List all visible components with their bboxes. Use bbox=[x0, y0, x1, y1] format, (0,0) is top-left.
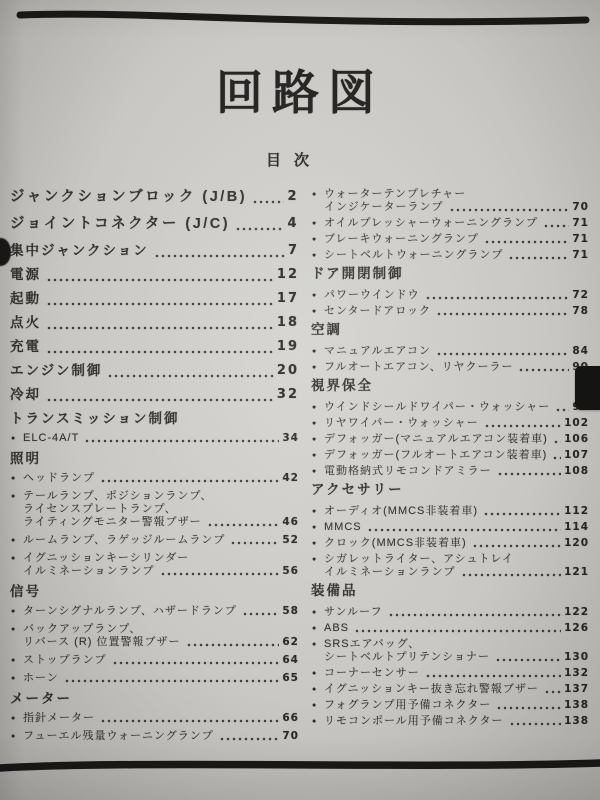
toc-entry-label: ターンシグナルランプ、ハザードランプ bbox=[23, 605, 237, 618]
dot-leader bbox=[555, 408, 569, 412]
dot-leader bbox=[207, 523, 280, 527]
toc-entry-label: フューエル残量ウォーニングランプ bbox=[23, 730, 214, 743]
page-number: 78 bbox=[572, 305, 589, 318]
page-number: 58 bbox=[282, 605, 299, 618]
page-number: 12 bbox=[277, 266, 299, 284]
page-number: 72 bbox=[572, 289, 589, 302]
page-number: 52 bbox=[282, 534, 299, 547]
dot-leader bbox=[100, 719, 279, 723]
page-number: 138 bbox=[564, 715, 589, 728]
toc-entry-line: パワーウインドウ72 bbox=[324, 289, 589, 302]
toc-section-header: 装備品 bbox=[311, 582, 589, 600]
toc-entry: ●リモコンポール用予備コネクター138 bbox=[311, 715, 589, 728]
bullet-icon: ● bbox=[312, 251, 317, 261]
toc-entry-line: ヘッドランプ42 bbox=[23, 472, 299, 485]
bullet-icon: ● bbox=[312, 523, 317, 533]
toc-entry-label: サンルーフ bbox=[324, 606, 383, 619]
toc-entry-line: MMCS114 bbox=[324, 521, 589, 534]
toc-entry: ジャンクションブロック (J/B)2 bbox=[10, 188, 299, 206]
dot-leader bbox=[508, 256, 569, 260]
toc-section-header: 視界保全 bbox=[311, 377, 589, 395]
toc-column-right: ●ウォーターテンプレチャーインジケーターランプ70●オイルプレッシャーウォーニン… bbox=[311, 188, 589, 731]
dot-leader bbox=[495, 658, 561, 662]
toc-entry-line: デフォッガー(マニュアルエアコン装着車)106 bbox=[324, 433, 589, 446]
bullet-icon: ● bbox=[11, 656, 16, 666]
dot-leader bbox=[472, 544, 561, 548]
page-number: 106 bbox=[564, 433, 589, 446]
dot-leader bbox=[518, 368, 569, 372]
dot-leader bbox=[543, 224, 569, 228]
dot-leader bbox=[84, 439, 279, 443]
page-number: 84 bbox=[572, 345, 589, 358]
bullet-icon: ● bbox=[11, 607, 16, 617]
toc-section-header: メーター bbox=[10, 690, 299, 708]
toc-entry-label: マニュアルエアコン bbox=[324, 345, 431, 358]
toc-entry: ●デフォッガー(マニュアルエアコン装着車)106 bbox=[311, 433, 589, 446]
bullet-icon: ● bbox=[312, 717, 317, 727]
toc-entry-label: ルームランプ、ラゲッジルームランプ bbox=[23, 534, 225, 547]
book-page-photo: 回路図 目次 ジャンクションブロック (J/B)2ジョイントコネクター (J/C… bbox=[0, 0, 600, 800]
toc-entry-label: デフォッガー(フルオートエアコン装着車) bbox=[324, 449, 547, 462]
page-number: 18 bbox=[277, 314, 299, 332]
dot-leader bbox=[242, 612, 280, 616]
toc-entry-line: シガレットライター、アシュトレイ bbox=[324, 553, 589, 566]
page-number: 120 bbox=[564, 537, 589, 550]
toc-entry: ●SRSエアバッグ、シートベルトプリテンショナー130 bbox=[311, 638, 589, 664]
toc-entry-label: デフォッガー(マニュアルエアコン装着車) bbox=[324, 433, 548, 446]
toc-entry-line: バックアップランプ、 bbox=[23, 623, 299, 636]
toc-entry: ●ウインドシールドワイパー・ウォッシャー98 bbox=[311, 401, 589, 414]
toc-entry-label: ジャンクションブロック (J/B) bbox=[10, 188, 247, 206]
page-number: 107 bbox=[564, 449, 589, 462]
toc-entry-label: イルミネーションランプ bbox=[324, 566, 456, 579]
toc-entry-line: ホーン65 bbox=[23, 672, 299, 685]
dot-leader bbox=[497, 472, 561, 476]
toc-entry-label: コーナーセンサー bbox=[324, 667, 420, 680]
toc-entry-label: オイルプレッシャーウォーニングランプ bbox=[324, 217, 538, 230]
toc-entry-line: コーナーセンサー132 bbox=[324, 667, 589, 680]
bullet-icon: ● bbox=[11, 492, 16, 502]
toc-entry: ●クロック(MMCS非装着車)120 bbox=[311, 537, 589, 550]
toc-entry-line: ライティングモニター警報ブザー46 bbox=[23, 516, 299, 529]
dot-leader bbox=[484, 240, 569, 244]
toc-entry-line: ABS126 bbox=[324, 622, 589, 635]
dot-leader bbox=[388, 613, 561, 617]
toc-entry-label: イルミネーションランプ bbox=[23, 565, 155, 578]
dot-leader bbox=[219, 737, 280, 741]
toc-entry-line: 冷却32 bbox=[10, 386, 299, 404]
toc-entry-label: 点火 bbox=[10, 314, 41, 332]
toc-entry: ●ABS126 bbox=[311, 622, 589, 635]
toc-entry-line: サンルーフ122 bbox=[324, 606, 589, 619]
dot-leader bbox=[484, 424, 562, 428]
bullet-icon: ● bbox=[312, 451, 317, 461]
toc-entry-line: フューエル残量ウォーニングランプ70 bbox=[23, 730, 299, 743]
toc-entry: ジョイントコネクター (J/C)4 bbox=[10, 215, 299, 233]
toc-entry: ●オイルプレッシャーウォーニングランプ71 bbox=[311, 217, 589, 230]
bullet-icon: ● bbox=[312, 555, 317, 565]
page-number: 112 bbox=[564, 505, 589, 518]
dot-leader bbox=[46, 278, 274, 282]
toc-entry: ●ヘッドランプ42 bbox=[10, 472, 299, 485]
page-number: 46 bbox=[282, 516, 299, 529]
toc-entry-line: ターンシグナルランプ、ハザードランプ58 bbox=[23, 605, 299, 618]
bullet-icon: ● bbox=[312, 539, 317, 549]
dot-leader bbox=[436, 312, 569, 316]
bullet-icon: ● bbox=[11, 554, 16, 564]
page-number: 32 bbox=[277, 386, 299, 404]
toc-entry-line: フォグランプ用予備コネクター138 bbox=[324, 699, 589, 712]
toc-entry-line: シートベルトウォーニングランプ71 bbox=[324, 249, 589, 262]
bullet-icon: ● bbox=[312, 363, 317, 373]
toc-entry-line: イグニッションキー抜き忘れ警報ブザー137 bbox=[324, 683, 589, 696]
page-number: 7 bbox=[288, 242, 299, 260]
bullet-icon: ● bbox=[312, 435, 317, 445]
page-number: 122 bbox=[564, 606, 589, 619]
section-index-tab bbox=[575, 366, 600, 410]
toc-entry: ●シガレットライター、アシュトレイイルミネーションランプ121 bbox=[311, 553, 589, 579]
bottom-rule bbox=[0, 748, 600, 784]
toc-entry-label: ストップランプ bbox=[23, 654, 107, 667]
toc-entry-line: デフォッガー(フルオートエアコン装着車)107 bbox=[324, 449, 589, 462]
bullet-icon: ● bbox=[312, 640, 317, 650]
page-number: 71 bbox=[572, 249, 589, 262]
toc-entry-line: ジョイントコネクター (J/C)4 bbox=[10, 215, 299, 233]
toc-entry: ●ブレーキウォーニングランプ71 bbox=[311, 233, 589, 246]
bullet-icon: ● bbox=[11, 674, 16, 684]
toc-entry-line: イグニッションキーシリンダー bbox=[23, 552, 299, 565]
toc-entry: ●デフォッガー(フルオートエアコン装着車)107 bbox=[311, 449, 589, 462]
page-number: 17 bbox=[277, 290, 299, 308]
dot-leader bbox=[354, 629, 561, 633]
toc-entry: ●フルオートエアコン、リヤクーラー90 bbox=[311, 361, 589, 374]
page-number: 132 bbox=[564, 667, 589, 680]
toc-entry-label: 指針メーター bbox=[23, 712, 95, 725]
toc-entry: ●マニュアルエアコン84 bbox=[311, 345, 589, 358]
toc-entry-line: ELC-4A/T34 bbox=[23, 432, 299, 445]
bullet-icon: ● bbox=[312, 624, 317, 634]
page-number: 4 bbox=[287, 215, 299, 233]
toc-entry-label: ジョイントコネクター (J/C) bbox=[10, 215, 230, 233]
toc-section-header: トランスミッション制御 bbox=[10, 410, 299, 428]
page-number: 70 bbox=[572, 201, 589, 214]
toc-entry: ●指針メーター66 bbox=[10, 712, 299, 725]
bullet-icon: ● bbox=[312, 507, 317, 517]
toc-entry-label: エンジン制御 bbox=[10, 362, 102, 380]
dot-leader bbox=[483, 512, 561, 516]
toc-entry-line: 点火18 bbox=[10, 314, 299, 332]
dot-leader bbox=[46, 350, 274, 354]
dot-leader bbox=[436, 352, 569, 356]
toc-section-header: ドア開閉制御 bbox=[311, 265, 589, 283]
toc-entry: ●ELC-4A/T34 bbox=[10, 432, 299, 445]
toc-entry-line: テールランプ、ポジションランプ、 bbox=[23, 490, 299, 503]
toc-entry-line: ライセンスプレートランプ、 bbox=[23, 503, 299, 516]
page-number: 70 bbox=[282, 730, 299, 743]
toc-entry-label: 冷却 bbox=[10, 386, 41, 404]
toc-column-left: ジャンクションブロック (J/B)2ジョイントコネクター (J/C)4集中ジャン… bbox=[10, 188, 299, 748]
page-title: 回路図 bbox=[0, 56, 600, 123]
toc-entry-line: シートベルトプリテンショナー130 bbox=[324, 651, 589, 664]
dot-leader bbox=[449, 208, 570, 212]
toc-entry-line: イルミネーションランプ121 bbox=[324, 566, 589, 579]
toc-entry-line: 電源12 bbox=[10, 266, 299, 284]
toc-entry-label: ウインドシールドワイパー・ウォッシャー bbox=[324, 401, 550, 414]
page-number: 102 bbox=[564, 417, 589, 430]
toc-entry-line: エンジン制御20 bbox=[10, 362, 299, 380]
toc-entry-label: 電源 bbox=[10, 266, 41, 284]
page-number: 71 bbox=[572, 217, 589, 230]
toc-entry: 点火18 bbox=[10, 314, 299, 332]
toc-entry-label: リヤワイパー・ウォッシャー bbox=[324, 417, 479, 430]
toc-entry-label: フルオートエアコン、リヤクーラー bbox=[324, 361, 513, 374]
dot-leader bbox=[553, 440, 561, 444]
toc-entry: ●オーディオ(MMCS非装着車)112 bbox=[311, 505, 589, 518]
toc-entry: ●ルームランプ、ラゲッジルームランプ52 bbox=[10, 534, 299, 547]
page-number: 65 bbox=[282, 672, 299, 685]
toc-entry-label: インジケーターランプ bbox=[324, 201, 444, 214]
bullet-icon: ● bbox=[11, 474, 16, 484]
toc-entry-line: オイルプレッシャーウォーニングランプ71 bbox=[324, 217, 589, 230]
bullet-icon: ● bbox=[312, 701, 317, 711]
toc-entry-label: クロック(MMCS非装着車) bbox=[324, 537, 467, 550]
toc-entry: ●ウォーターテンプレチャーインジケーターランプ70 bbox=[311, 188, 589, 214]
page-number: 66 bbox=[282, 712, 299, 725]
toc-entry-label: 電動格納式リモコンドアミラー bbox=[324, 465, 492, 478]
bullet-icon: ● bbox=[312, 235, 317, 245]
page-number: 138 bbox=[564, 699, 589, 712]
toc-entry-label: パワーウインドウ bbox=[324, 289, 420, 302]
page-number: 121 bbox=[564, 566, 589, 579]
dot-leader bbox=[64, 679, 280, 683]
bullet-icon: ● bbox=[11, 625, 16, 635]
toc-entry-line: イルミネーションランプ56 bbox=[23, 565, 299, 578]
page-number: 42 bbox=[282, 472, 299, 485]
toc-entry: エンジン制御20 bbox=[10, 362, 299, 380]
bullet-icon: ● bbox=[11, 732, 16, 742]
toc-entry-label: 充電 bbox=[10, 338, 41, 356]
toc-entry-line: フルオートエアコン、リヤクーラー90 bbox=[324, 361, 589, 374]
dot-leader bbox=[544, 690, 561, 694]
toc-entry: ●ターンシグナルランプ、ハザードランプ58 bbox=[10, 605, 299, 618]
page-number: 19 bbox=[277, 338, 299, 356]
bullet-icon: ● bbox=[11, 434, 16, 444]
toc-entry-line: リバース (R) 位置警報ブザー62 bbox=[23, 636, 299, 649]
toc-entry: ●ストップランプ64 bbox=[10, 654, 299, 667]
toc-entry-line: オーディオ(MMCS非装着車)112 bbox=[324, 505, 589, 518]
toc-entry-label: ライティングモニター警報ブザー bbox=[23, 516, 202, 529]
toc-entry-line: センタードアロック78 bbox=[324, 305, 589, 318]
page-number: 114 bbox=[564, 521, 589, 534]
bullet-icon: ● bbox=[312, 307, 317, 317]
toc-entry: ●ホーン65 bbox=[10, 672, 299, 685]
toc-entry-line: ウインドシールドワイパー・ウォッシャー98 bbox=[324, 401, 589, 414]
toc-entry-line: 指針メーター66 bbox=[23, 712, 299, 725]
toc-entry-line: ストップランプ64 bbox=[23, 654, 299, 667]
toc-entry: ●バックアップランプ、リバース (R) 位置警報ブザー62 bbox=[10, 623, 299, 649]
toc-entry-label: リバース (R) 位置警報ブザー bbox=[23, 636, 181, 649]
toc-entry: ●イグニッションキーシリンダーイルミネーションランプ56 bbox=[10, 552, 299, 578]
toc-entry-line: ブレーキウォーニングランプ71 bbox=[324, 233, 589, 246]
toc-entry-label: MMCS bbox=[324, 521, 362, 534]
toc-entry: ●コーナーセンサー132 bbox=[311, 667, 589, 680]
toc-entry: ●リヤワイパー・ウォッシャー102 bbox=[311, 417, 589, 430]
bullet-icon: ● bbox=[11, 714, 16, 724]
toc-section-header: 空調 bbox=[311, 321, 589, 339]
toc-entry-label: イグニッションキー抜き忘れ警報ブザー bbox=[324, 683, 539, 696]
toc-entry-label: フォグランプ用予備コネクター bbox=[324, 699, 491, 712]
dot-leader bbox=[112, 661, 280, 665]
bullet-icon: ● bbox=[312, 219, 317, 229]
toc-entry: ●パワーウインドウ72 bbox=[311, 289, 589, 302]
dot-leader bbox=[509, 722, 562, 726]
page-number: 2 bbox=[287, 188, 299, 206]
toc-entry: ●シートベルトウォーニングランプ71 bbox=[311, 249, 589, 262]
toc-entry-line: SRSエアバッグ、 bbox=[324, 638, 589, 651]
toc-entry-label: センタードアロック bbox=[324, 305, 431, 318]
toc-entry-label: ヘッドランプ bbox=[23, 472, 95, 485]
toc-entry-line: クロック(MMCS非装着車)120 bbox=[324, 537, 589, 550]
toc-entry: ●電動格納式リモコンドアミラー108 bbox=[311, 465, 589, 478]
page-number: 137 bbox=[564, 683, 589, 696]
toc-entry-label: リモコンポール用予備コネクター bbox=[324, 715, 504, 728]
toc-entry: ●フューエル残量ウォーニングランプ70 bbox=[10, 730, 299, 743]
toc-entry: ●フォグランプ用予備コネクター138 bbox=[311, 699, 589, 712]
toc-heading: 目次 bbox=[0, 149, 594, 170]
bullet-icon: ● bbox=[312, 467, 317, 477]
toc-entry-label: ABS bbox=[324, 622, 349, 635]
toc-entry: 充電19 bbox=[10, 338, 299, 356]
dot-leader bbox=[425, 296, 570, 300]
bullet-icon: ● bbox=[312, 347, 317, 357]
toc-section-header: アクセサリー bbox=[311, 481, 589, 499]
dot-leader bbox=[252, 200, 284, 204]
toc-entry-label: ブレーキウォーニングランプ bbox=[324, 233, 479, 246]
toc-entry: ●テールランプ、ポジションランプ、ライセンスプレートランプ、ライティングモニター… bbox=[10, 490, 299, 529]
bullet-icon: ● bbox=[312, 190, 317, 200]
dot-leader bbox=[461, 573, 562, 577]
toc-entry-line: ルームランプ、ラゲッジルームランプ52 bbox=[23, 534, 299, 547]
page-number: 126 bbox=[564, 622, 589, 635]
page-number: 108 bbox=[564, 465, 589, 478]
toc-entry: ●サンルーフ122 bbox=[311, 606, 589, 619]
toc-entry-line: 集中ジャンクション7 bbox=[10, 242, 299, 260]
dot-leader bbox=[46, 326, 274, 330]
toc-entry: 起動17 bbox=[10, 290, 299, 308]
dot-leader bbox=[367, 528, 561, 532]
toc-entry-label: ELC-4A/T bbox=[23, 432, 79, 445]
toc-entry-line: ジャンクションブロック (J/B)2 bbox=[10, 188, 299, 206]
bullet-icon: ● bbox=[312, 291, 317, 301]
toc-entry: 冷却32 bbox=[10, 386, 299, 404]
toc-section-header: 信号 bbox=[10, 583, 299, 601]
dot-leader bbox=[46, 398, 274, 402]
page-number: 56 bbox=[282, 565, 299, 578]
toc-entry: ●センタードアロック78 bbox=[311, 305, 589, 318]
dot-leader bbox=[552, 456, 561, 460]
dot-leader bbox=[107, 374, 274, 378]
toc-entry-line: マニュアルエアコン84 bbox=[324, 345, 589, 358]
toc-entry-line: リヤワイパー・ウォッシャー102 bbox=[324, 417, 589, 430]
toc-entry-label: ホーン bbox=[23, 672, 59, 685]
bullet-icon: ● bbox=[312, 608, 317, 618]
dot-leader bbox=[230, 541, 279, 545]
toc-entry-line: インジケーターランプ70 bbox=[324, 201, 589, 214]
toc-entry-line: 起動17 bbox=[10, 290, 299, 308]
toc-entry: ●MMCS114 bbox=[311, 521, 589, 534]
dot-leader bbox=[154, 254, 285, 258]
toc-entry-line: 充電19 bbox=[10, 338, 299, 356]
page-number: 71 bbox=[572, 233, 589, 246]
toc-entry-label: シートベルトウォーニングランプ bbox=[324, 249, 503, 262]
toc-entry: ●イグニッションキー抜き忘れ警報ブザー137 bbox=[311, 683, 589, 696]
toc-entry: 電源12 bbox=[10, 266, 299, 284]
toc-entry-label: 集中ジャンクション bbox=[10, 242, 149, 260]
dot-leader bbox=[186, 643, 280, 647]
toc-entry-label: シートベルトプリテンショナー bbox=[324, 651, 490, 664]
dot-leader bbox=[235, 227, 284, 231]
toc-entry-label: オーディオ(MMCS非装着車) bbox=[324, 505, 478, 518]
page-number: 62 bbox=[282, 636, 299, 649]
page-number: 130 bbox=[564, 651, 589, 664]
page-number: 64 bbox=[282, 654, 299, 667]
toc-entry: 集中ジャンクション7 bbox=[10, 242, 299, 260]
dot-leader bbox=[100, 479, 279, 483]
toc-section-header: 照明 bbox=[10, 450, 299, 468]
bullet-icon: ● bbox=[312, 403, 317, 413]
toc-entry-line: リモコンポール用予備コネクター138 bbox=[324, 715, 589, 728]
page-number: 34 bbox=[282, 432, 299, 445]
dot-leader bbox=[46, 302, 274, 306]
dot-leader bbox=[160, 572, 280, 576]
toc-entry-line: ウォーターテンプレチャー bbox=[324, 188, 589, 201]
toc-entry-line: 電動格納式リモコンドアミラー108 bbox=[324, 465, 589, 478]
top-rule bbox=[0, 0, 600, 40]
bullet-icon: ● bbox=[312, 669, 317, 679]
dot-leader bbox=[496, 706, 561, 710]
bullet-icon: ● bbox=[312, 685, 317, 695]
toc-entry-label: 起動 bbox=[10, 290, 41, 308]
dot-leader bbox=[425, 674, 561, 678]
page-number: 20 bbox=[277, 362, 299, 380]
bullet-icon: ● bbox=[312, 419, 317, 429]
bullet-icon: ● bbox=[11, 536, 16, 546]
